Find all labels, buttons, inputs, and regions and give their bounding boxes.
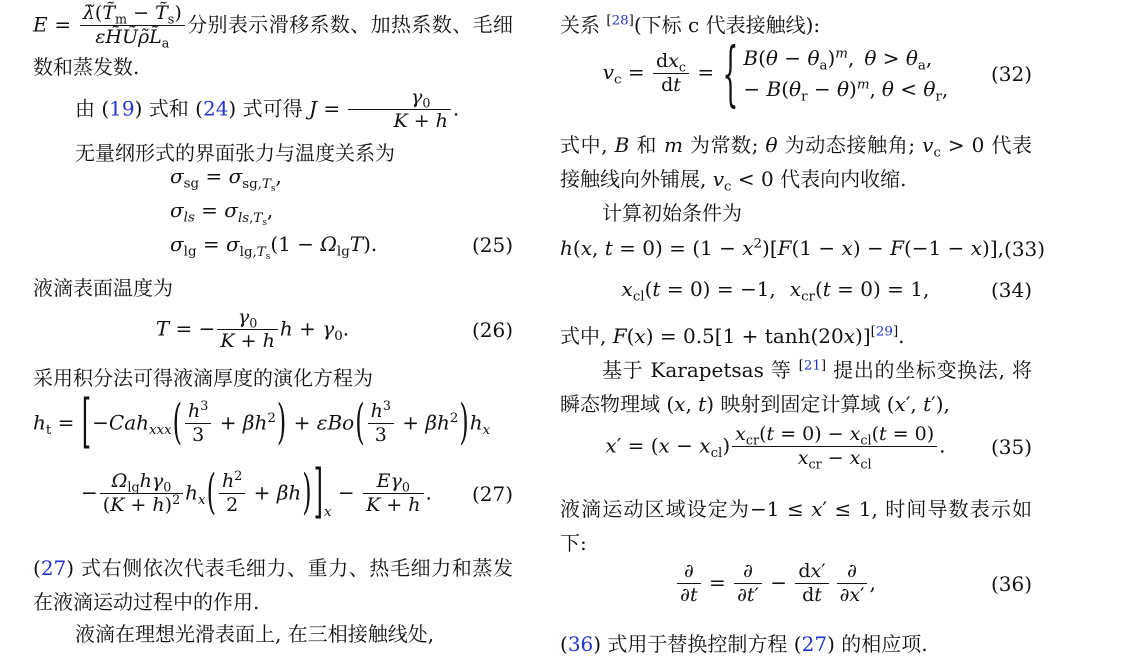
math-variable: γ [322,316,334,340]
equation-25-body-1: σsg = σsg,Ts, [33,164,513,189]
math-text: ′ = ( [617,433,659,457]
fraction: ∂∂t′ [734,560,762,608]
math-variable: βh [425,410,449,434]
cases-expression: {B(θ − θa)m,θ > θa,− B(θr − θ)m,θ < θr, [720,46,948,101]
big-delimiter: ] [313,468,324,520]
math-variable: T [156,316,169,340]
math-text: 2 [754,237,763,252]
math-text: < [894,77,923,101]
math-variable: ls [238,211,249,226]
math-text: = 0) [887,423,935,445]
math-variable: x [198,493,206,508]
fraction-numerator: λ̃(T̃m − T̃s) [80,2,185,25]
fraction: h22 [219,470,245,518]
paragraph-contact-line-intro: 液滴在理想光滑表面上, 在三相接触线处, [33,617,513,651]
equation-26-body: T = −γ0K + hh + γ0. [33,306,472,354]
math-variable: x [581,236,592,260]
subscript: ls [184,211,195,226]
ref-link[interactable]: 28 [612,14,629,29]
math-variable: K [220,330,234,352]
math-variable: θ [807,46,819,70]
fraction-numerator: γ0 [348,86,450,109]
math-variable: θ [766,133,778,157]
big-delimiter: ) [276,402,287,445]
math-variable: γ [411,86,422,108]
fraction-denominator: dt [795,583,828,607]
math-text: + [293,316,322,340]
math-variable: v [603,60,614,84]
big-delimiter: ( [172,402,183,445]
math-variable: J [309,96,317,120]
math-variable: θ [864,46,876,70]
subscript: cl [633,290,645,305]
equation-26: T = −γ0K + hh + γ0. (26) [33,306,513,354]
paragraph-constants-explanation: 式中, B 和 m 为常数; θ 为动态接触角; vc > 0 代表接触线向外铺… [560,128,1032,196]
math-variable: ∂x [840,584,861,606]
math-variable: θ [923,77,935,101]
math-variable: θ [789,77,801,101]
math-variable: T̃ [155,2,168,24]
math-text: = [691,60,720,84]
body-text: 和 [629,133,664,157]
paragraph-eq27-terms-meaning: (27) 式右侧依次代表毛细力、重力、热毛细力和蒸发在液滴运动过程中的作用. [33,551,513,619]
math-text: 2 [267,411,276,426]
equation-25-body-3: σlg = σlg,Ts(1 − ΩlgT). [33,232,472,257]
fraction-denominator: xcr − xcl [732,446,937,470]
body-text: 式右侧依次代表毛细力、重力、热毛细力和蒸发在液滴运动过程中的作用. [33,556,513,614]
math-text: a [162,37,170,52]
math-variable: t [605,236,613,260]
subscript: c [933,146,941,161]
math-text: . [426,480,432,504]
math-variable: θ [766,46,778,70]
subscript: lg [184,245,197,260]
math-text: ( [758,46,766,70]
math-variable: E [33,12,48,36]
body-text: 关系 [560,13,606,37]
math-variable: σ [229,164,243,188]
fraction-numerator: h3 [185,400,211,423]
fraction-numerator: ∂ [734,560,762,583]
cases-brace-icon: { [722,39,738,109]
ref-link[interactable]: 27 [41,556,66,580]
fraction-numerator: Eγ0 [363,470,423,493]
math-variable: x [850,447,861,469]
paragraph-coefficients-definition: E = λ̃(T̃m − T̃s)εH̃Ũρ̃L̃a分别表示滑移系数、加热系数、… [33,2,513,84]
math-variable: θ [882,77,894,101]
math-text: cl [711,446,723,461]
equation-number-25: (25) [472,233,513,257]
math-variable: σ [170,164,184,188]
math-variable: v [922,133,933,157]
body-text: 采用积分法可得液滴厚度的演化方程为 [33,366,373,390]
math-text: ) = 0.5[1 + tanh(20 [646,324,844,348]
cases-row: B(θ − θa)m,θ > θa, [743,46,948,70]
math-text: = [48,12,78,36]
math-text: + [287,410,316,434]
math-text: ( [560,632,568,656]
body-text: 基于 Karapetsas 等 [602,358,799,382]
math-variable: Eγ [377,470,402,492]
equation-number-26: (26) [472,318,513,342]
fraction: γ0K + h [217,306,277,354]
math-variable: t [923,392,931,416]
superscript: 3 [200,399,208,414]
math-variable: Ω [112,470,128,492]
math-text: ) [66,556,74,580]
equation-32: vc = dxcdt = {B(θ − θa)m,θ > θa,− B(θr −… [560,46,1032,101]
fraction: dx′dt [795,560,828,608]
math-text: ) − [853,236,890,260]
math-variable: ∂ [684,560,694,582]
fraction: ∂∂t [677,560,700,608]
math-text: ′ [821,560,825,582]
subscript: sg [184,177,199,192]
math-variable: σ [170,198,184,222]
fraction: ∂∂x′ [837,560,868,608]
math-variable: m [857,78,870,93]
superscript: 2 [450,411,459,426]
math-variable: h [33,410,46,434]
math-text: . [939,433,945,457]
paragraph-coordinate-transform-intro: 基于 Karapetsas 等 [21] 提出的坐标变换法, 将瞬态物理域 (x… [560,353,1032,421]
math-variable: T [350,232,363,256]
fraction: λ̃(T̃m − T̃s)εH̃Ũρ̃L̃a [80,2,185,50]
body-text: ), [936,392,950,416]
equation-35-body: x′ = (x − xcl)xcr(t = 0) − xcl(t = 0)xcr… [560,423,991,471]
ref-link[interactable]: 29 [876,325,893,340]
body-text: 式用于替换控制方程 ( [601,632,802,656]
math-variable: m [664,133,683,157]
math-text: cr [801,290,815,305]
math-text: . [343,316,349,340]
cases-rows: B(θ − θa)m,θ > θa,− B(θr − θ)m,θ < θr, [743,46,948,101]
equation-27-body-2: −Ωlghγ0(K + h)2hx(h22 + βh)]x − Eγ0K + h… [33,470,472,518]
math-text: ). [363,232,377,256]
big-delimiter: ) [458,402,469,445]
body-text: 液滴表面温度为 [33,276,173,300]
body-text: 由 [75,96,101,120]
math-text: a [918,59,926,74]
math-text: − [822,447,850,469]
math-variable: B [743,46,758,70]
math-text: ) [174,2,181,24]
fraction-numerator: xcr(t = 0) − xcl(t = 0) [732,423,937,446]
math-text: = [51,410,80,434]
math-text: (1 − [270,232,320,256]
math-text: d [661,74,673,96]
superscript: [21] [799,359,827,374]
math-variable: βh [277,480,301,504]
math-text: + [396,410,425,434]
math-text: − [332,480,361,504]
body-text: 为常数; [683,133,766,157]
paragraph-evolution-equation-intro: 采用积分法可得液滴厚度的演化方程为 [33,361,513,395]
paragraph-domain-definition: 液滴运动区域设定为−1 ≤ x′ ≤ 1, 时间导数表示如下: [560,492,1032,560]
math-text: ( [815,277,823,301]
equation-number-35: (35) [991,435,1032,459]
math-variable: t [814,584,822,606]
math-text: , [870,77,876,101]
subscript: cr [808,458,821,473]
math-text: . [898,324,904,348]
math-variable: m [835,47,848,62]
math-variable: ∂t [737,584,754,606]
fraction-numerator: dxc [653,50,689,73]
math-text: , [926,46,932,70]
math-variable: F [890,236,904,260]
math-variable: xxx [149,423,172,438]
math-variable: x [483,423,491,438]
body-text: 式中, [560,324,613,348]
math-text: ( [872,423,879,445]
math-text: ′ ≤ 1 [823,497,872,521]
math-variable: θ [906,46,918,70]
subscript: lg,Ts [240,245,271,260]
body-text: 计算初始条件为 [602,201,742,225]
superscript: m [835,47,848,62]
subscript: 0 [334,329,343,344]
fraction: dxcdt [653,50,689,98]
math-variable: x [790,277,801,301]
bracket-subscript: x [324,505,332,520]
math-variable: h [188,400,200,422]
math-variable: B [767,77,782,101]
math-text: )], [982,236,1004,260]
math-variable: x [659,433,670,457]
math-text: 2 [234,469,242,484]
math-variable: θ [837,77,849,101]
math-text: c [933,146,941,161]
fraction-numerator: ∂ [837,560,868,583]
math-text: (−1 − [904,236,971,260]
math-text: = 0) = −1, [660,277,775,301]
fraction-numerator: Ωlghγ0 [100,470,183,493]
math-text: 3 [192,424,204,446]
equation-25: σsg = σsg,Ts, σls = σls,Ts, σlg = σlg,Ts… [33,164,513,257]
math-text: c [614,73,622,88]
math-variable: x [844,324,855,348]
equation-27-body-1: ht = [−Cahxxx(h33 + βh2) + εBo(h33 + βh2… [33,400,513,448]
math-text: −1 ≤ [750,497,811,521]
math-text: . [453,96,459,120]
math-variable: K [110,494,124,516]
math-variable: x [668,50,679,72]
math-text: = [199,164,228,188]
math-text: ( [101,96,109,120]
fraction-denominator: ∂t′ [734,583,762,607]
equation-number-32: (32) [991,62,1032,86]
fraction-numerator: dx′ [795,560,828,583]
subscript: a [918,59,926,74]
body-text: 式中, [560,133,615,157]
math-text: − [778,46,807,70]
math-variable: T [262,177,271,192]
equation-33: h(x, t = 0) = (1 − x2)[F(1 − x) − F(−1 −… [560,236,1032,261]
equation-36: ∂∂t = ∂∂t′ − dx′dt∂∂x′, (36) [560,560,1032,608]
math-variable: h [408,494,420,516]
big-delimiter: ) [301,472,312,515]
math-variable: x [850,423,861,445]
math-text: − [670,433,699,457]
ref-link[interactable]: 36 [568,632,593,656]
math-text: ( [195,96,203,120]
math-variable: h [371,400,383,422]
big-delimiter: [ [81,398,92,450]
math-text: + [380,494,408,516]
math-text: d [802,584,814,606]
math-variable: K [366,494,380,516]
math-text: )[ [762,236,778,260]
equation-33-body: h(x, t = 0) = (1 − x2)[F(1 − x) − F(−1 −… [560,236,1004,261]
math-variable: x [742,236,753,260]
math-variable: εH̃Ũρ̃L̃ [95,26,162,48]
math-text: − [807,77,836,101]
math-variable: x [605,433,616,457]
math-variable: h [185,480,198,504]
body-text: 式和 [142,96,195,120]
math-text: − [81,480,98,504]
math-variable: t [823,277,831,301]
math-text: ( [33,556,41,580]
math-text: c [724,180,732,195]
subscript: sg,Ts [242,177,275,192]
fraction-denominator: K + h [217,329,277,353]
body-text: 式可得 [236,96,309,120]
math-text: , [848,46,854,70]
math-text: (1 − [792,236,842,260]
math-text: cl [860,458,871,473]
fraction-numerator: ∂ [677,560,700,583]
math-variable: ∂ [743,560,753,582]
subscript: c [614,73,622,88]
subscript: cl [860,458,871,473]
math-variable: x [971,236,982,260]
equation-number-33: (33) [1004,237,1045,261]
equation-25-line-2: σls = σls,Ts, [33,198,513,223]
math-variable: h [280,316,293,340]
math-variable: F [778,236,792,260]
math-variable: hγ [140,470,164,492]
subscript: cr [801,290,815,305]
math-text: cr [808,458,821,473]
ref-link[interactable]: 24 [203,96,228,120]
math-text: sg [184,177,199,192]
math-variable: t [698,392,706,416]
math-variable: ls [184,211,195,226]
body-text: 为动态接触角; [778,133,923,157]
superscript: 2 [172,493,180,508]
paper-page: E = λ̃(T̃m − T̃s)εH̃Ũρ̃L̃a分别表示滑移系数、加热系数、… [0,0,1138,660]
fraction-denominator: 3 [368,423,394,447]
subscript: x [483,423,491,438]
math-variable: βh [243,410,267,434]
math-text: = [197,232,226,256]
math-text: ′, [906,392,923,416]
equation-35: x′ = (x − xcl)xcr(t = 0) − xcl(t = 0)xcr… [560,423,1032,471]
math-text: ′ [860,584,864,606]
math-text: ( [759,423,766,445]
cases-row: − B(θr − θ)m,θ < θr, [743,77,948,101]
equation-36-body: ∂∂t = ∂∂t′ − dx′dt∂∂x′, [560,560,991,608]
math-variable: x [622,277,633,301]
math-text: lg [337,245,350,260]
math-text: ′ [755,584,759,606]
fraction-denominator: 3 [185,423,211,447]
fraction-denominator: (K + h)2 [100,493,183,517]
equation-number-27: (27) [472,482,513,506]
fraction-denominator: ∂t [677,583,700,607]
math-variable: σ [226,232,240,256]
math-variable: F [613,324,627,348]
math-text: − [92,410,109,434]
math-variable: h [436,110,448,132]
fraction-numerator: h3 [368,400,394,423]
ref-link[interactable]: 27 [802,632,827,656]
math-text: 0 [334,329,343,344]
math-text: = [703,570,732,594]
math-text: > [876,46,905,70]
math-text: sg, [242,177,262,192]
math-text: + [408,110,436,132]
superscript: [29] [871,325,899,340]
math-text: 3 [375,424,387,446]
superscript: 2 [754,237,763,252]
math-text: > 0 [941,133,991,157]
math-text: ) [849,77,857,101]
math-variable: T̃ [102,2,115,24]
math-text: = [195,198,224,222]
math-variable: x [798,447,809,469]
body-text: ) 映射到固定计算域 ( [706,392,894,416]
math-text: ) [722,433,730,457]
fraction: Ωlghγ0(K + h)2 [100,470,183,518]
math-text: , [942,77,948,101]
ref-link[interactable]: 21 [804,359,821,374]
math-variable: t [879,423,887,445]
math-variable: x [895,392,906,416]
big-delimiter: ( [354,402,365,445]
math-variable: B [615,133,630,157]
fraction: h33 [368,400,394,448]
math-variable: v [713,167,724,191]
math-variable: Cah [109,410,149,434]
body-text: ) 的相应项. [827,632,928,656]
equation-32-body: vc = dxcdt = {B(θ − θa)m,θ > θa,− B(θr −… [560,46,991,101]
equation-34: xcl(t = 0) = −1,xcr(t = 0) = 1, (34) [560,277,1032,302]
math-variable: Ω [320,232,337,256]
math-variable: h [263,330,275,352]
math-text: , [592,236,605,260]
ref-link[interactable]: 19 [109,96,134,120]
fraction: h33 [185,400,211,448]
equation-27-line-2: −Ωlghγ0(K + h)2hx(h22 + βh)]x − Eγ0K + h… [33,470,513,518]
equation-25-body-2: σls = σls,Ts, [33,198,513,223]
math-variable: x [634,324,645,348]
math-variable: h [152,494,164,516]
math-text: , [276,164,282,188]
math-variable: x [324,505,332,520]
paragraph-j-relation: 由 (19) 式和 (24) 式可得 J = γ0K + h. [33,86,513,134]
math-text: 3 [383,399,391,414]
subscript: cl [711,446,723,461]
math-text: = 0) = (1 − [613,236,742,260]
math-text: ) [165,494,172,516]
math-variable: h [560,236,573,260]
math-text: = 0) = 1, [831,277,930,301]
math-text: 3 [200,399,208,414]
subscript: lg [337,245,350,260]
